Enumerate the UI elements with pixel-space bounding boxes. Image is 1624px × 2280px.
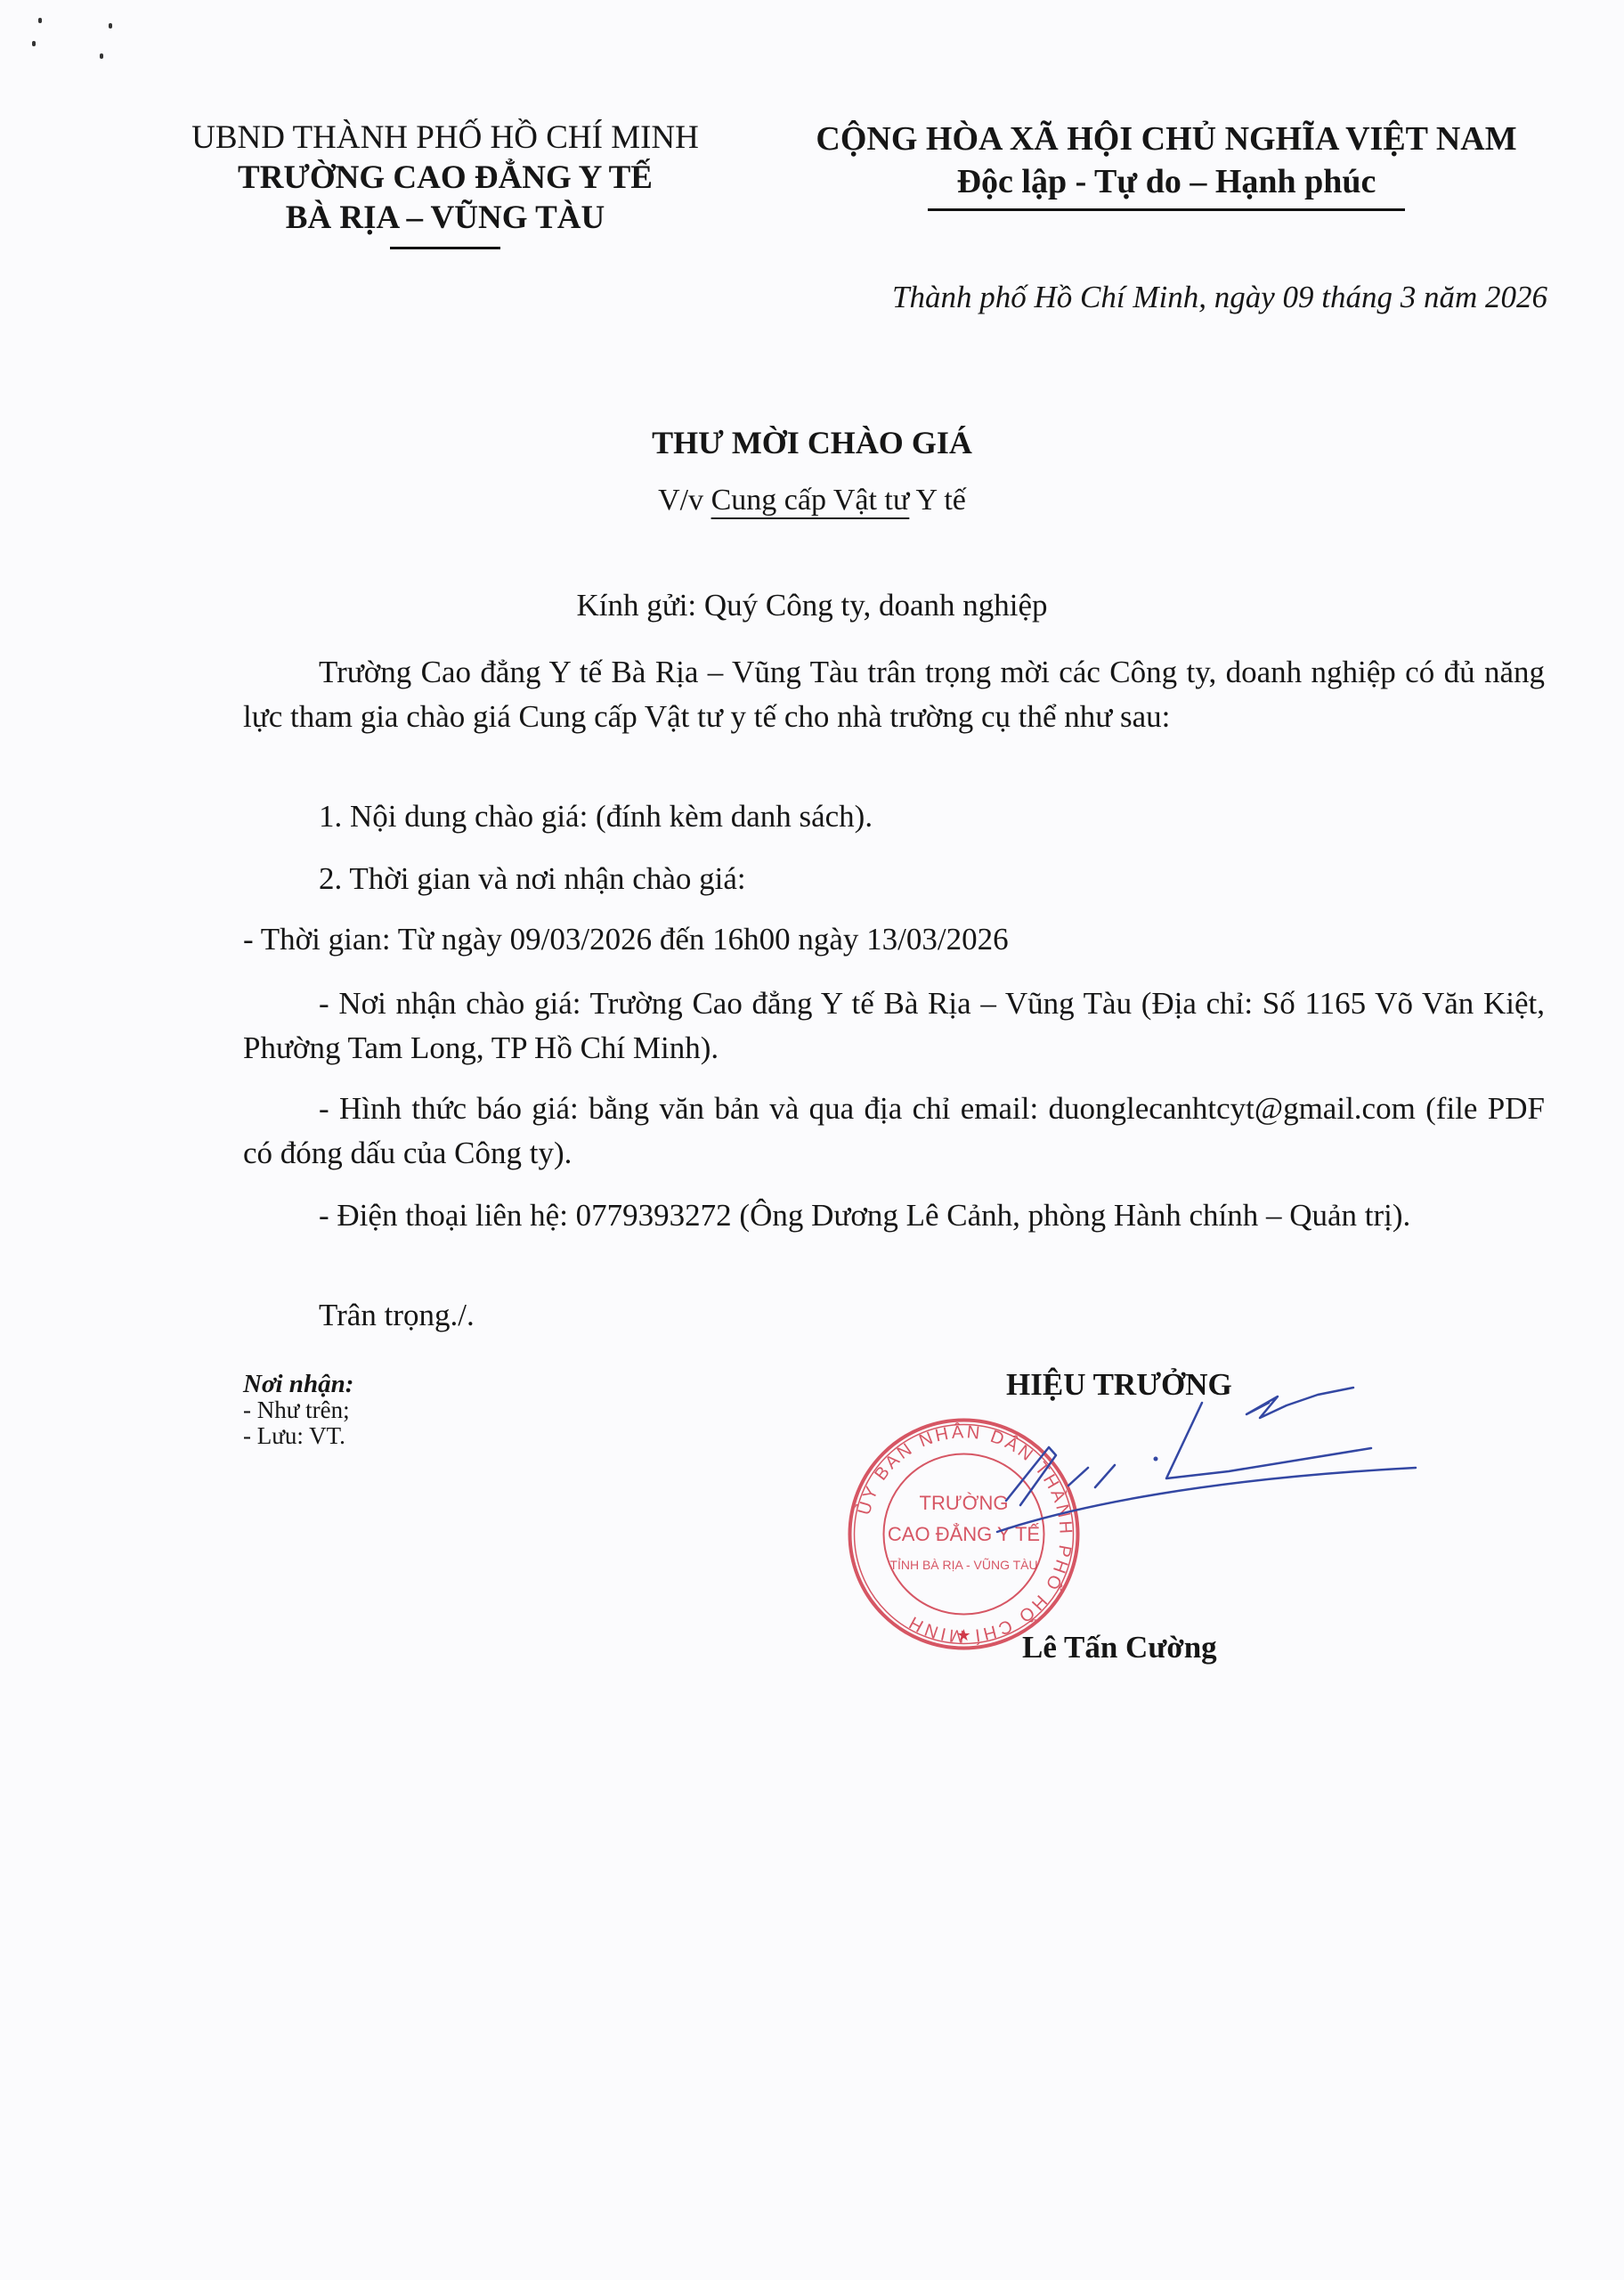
time-line: - Thời gian: Từ ngày 09/03/2026 đến 16h0… — [243, 917, 1545, 962]
scan-speck — [32, 41, 36, 46]
national-motto: Độc lập - Tự do – Hạnh phúc — [784, 160, 1549, 203]
scan-speck — [38, 18, 42, 23]
signer-name: Lê Tấn Cường — [1022, 1630, 1217, 1665]
place-line: - Nơi nhận chào giá: Trường Cao đẳng Y t… — [243, 981, 1545, 1071]
issuing-authority-block: UBND THÀNH PHỐ HỒ CHÍ MINH TRƯỜNG CAO ĐẲ… — [134, 118, 757, 249]
institution-name: TRƯỜNG CAO ĐẲNG Y TẾ — [134, 158, 757, 198]
greeting: Kính gửi: Quý Công ty, doanh nghiệp — [0, 588, 1624, 623]
institution-location: BÀ RỊA – VŨNG TÀU — [134, 198, 757, 238]
place-date: Thành phố Hồ Chí Minh, ngày 09 tháng 3 n… — [892, 280, 1547, 315]
subject-suffix: Y tế — [909, 484, 966, 517]
parent-authority: UBND THÀNH PHỐ HỒ CHÍ MINH — [134, 118, 757, 158]
recipients-heading: Nơi nhận: — [243, 1372, 353, 1397]
subject-prefix: V/v — [658, 484, 711, 517]
scan-speck — [109, 23, 112, 28]
document-title: THƯ MỜI CHÀO GIÁ — [0, 424, 1624, 461]
scan-speck — [100, 53, 103, 59]
form-line: - Hình thức báo giá: bằng văn bản và qua… — [243, 1087, 1545, 1176]
seal-star-icon: ★ — [956, 1626, 970, 1644]
phone-line: - Điện thoại liên hệ: 0779393272 (Ông Dư… — [243, 1193, 1545, 1238]
national-title: CỘNG HÒA XÃ HỘI CHỦ NGHĨA VIỆT NAM — [784, 118, 1549, 160]
handwritten-signature — [944, 1363, 1425, 1576]
header-right-rule — [928, 208, 1405, 211]
subject-underlined: Cung cấp Vật tư — [711, 484, 910, 517]
recipients-block: Nơi nhận: - Như trên; - Lưu: VT. — [243, 1372, 353, 1449]
national-motto-block: CỘNG HÒA XÃ HỘI CHỦ NGHĨA VIỆT NAM Độc l… — [784, 118, 1549, 211]
item-content: 1. Nội dung chào giá: (đính kèm danh sác… — [243, 794, 1620, 839]
header-left-rule — [390, 247, 500, 249]
item-time-place: 2. Thời gian và nơi nhận chào giá: — [243, 857, 1620, 901]
document-subject: V/v Cung cấp Vật tư Y tế — [0, 484, 1624, 517]
recipient-item: - Lưu: VT. — [243, 1423, 353, 1449]
closing: Trân trọng./. — [243, 1293, 1545, 1338]
intro-paragraph: Trường Cao đẳng Y tế Bà Rịa – Vũng Tàu t… — [243, 650, 1545, 739]
recipient-item: - Như trên; — [243, 1397, 353, 1423]
